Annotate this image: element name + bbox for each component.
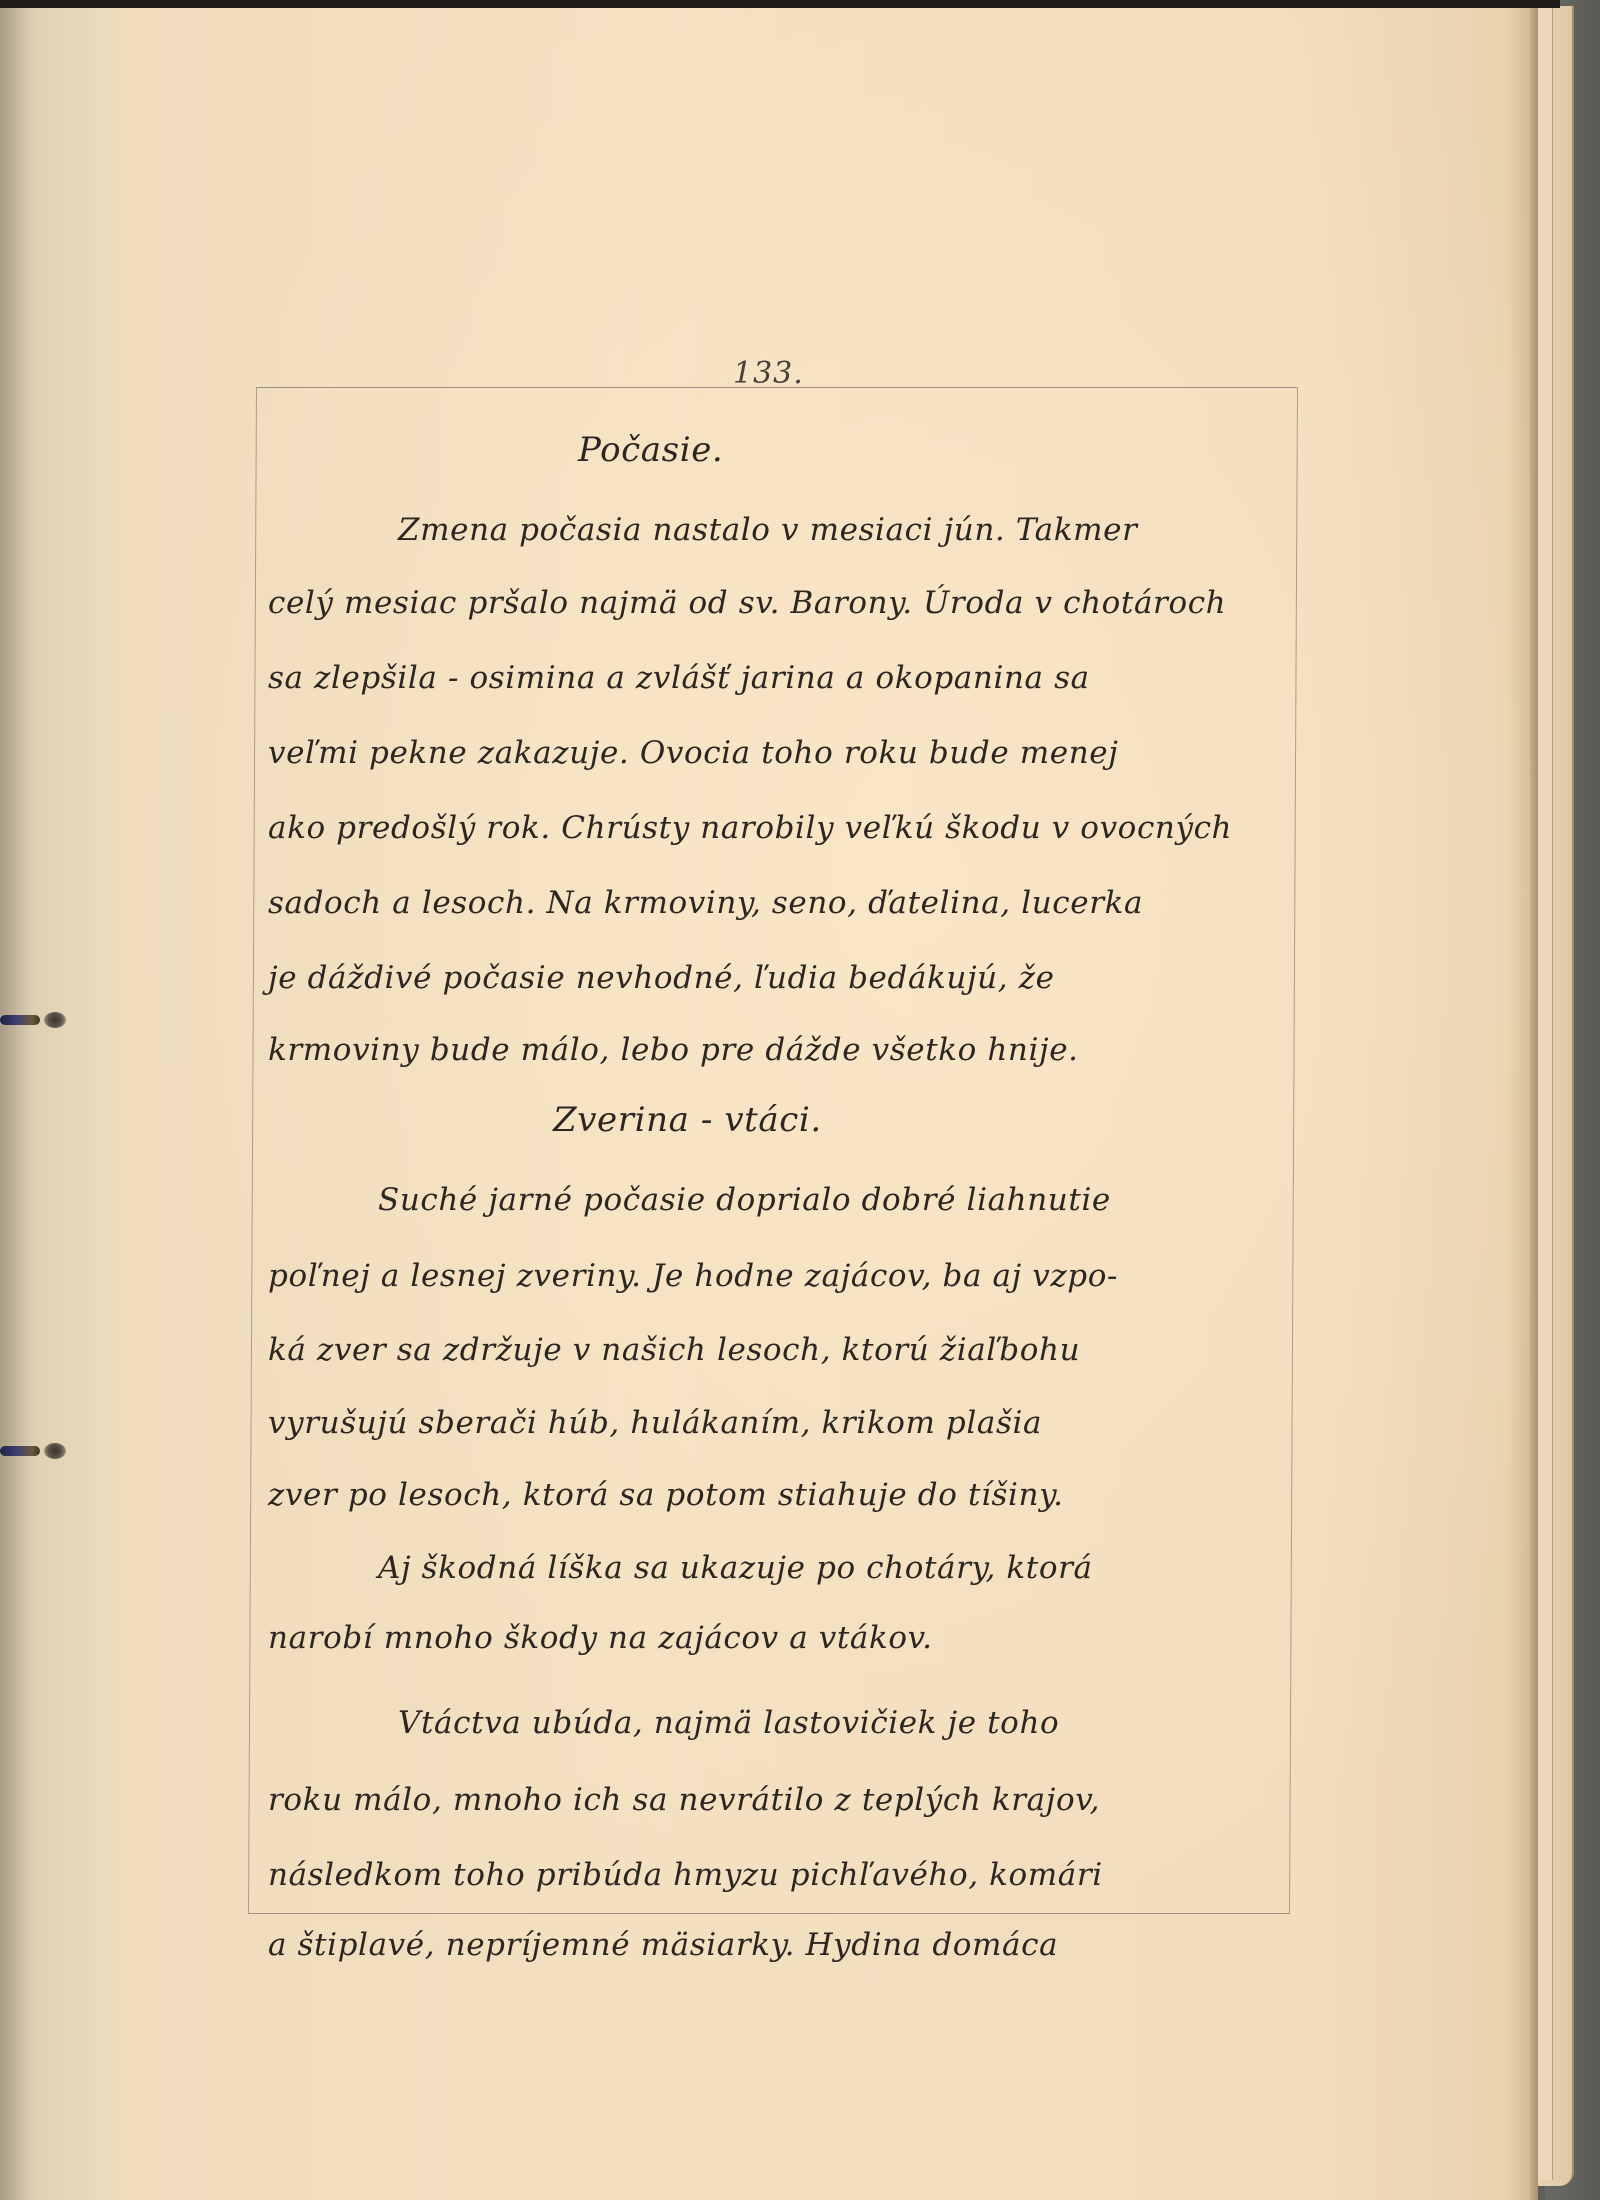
section-heading-pocasie: Počasie. bbox=[578, 430, 723, 470]
section-heading-zverina-vtaci: Zverina - vtáci. bbox=[553, 1100, 822, 1140]
text-line: je dáždivé počasie nevhodné, ľudia bedák… bbox=[268, 960, 1055, 996]
text-line: následkom toho pribúda hmyzu pichľavého,… bbox=[268, 1857, 1103, 1893]
punch-hole-icon bbox=[44, 1443, 66, 1459]
text-line: celý mesiac pršalo najmä od sv. Barony. … bbox=[268, 585, 1226, 621]
text-line: vyrušujú sberači húb, hulákaním, krikom … bbox=[268, 1405, 1042, 1441]
text-line: Vtáctva ubúda, najmä lastovičiek je toho bbox=[398, 1705, 1059, 1741]
text-line: narobí mnoho škody na zajácov a vtákov. bbox=[268, 1620, 933, 1656]
text-line: veľmi pekne zakazuje. Ovocia toho roku b… bbox=[268, 735, 1118, 771]
binding-staple-bottom bbox=[0, 1443, 70, 1459]
text-line: zver po lesoch, ktorá sa potom stiahuje … bbox=[268, 1477, 1064, 1513]
text-line: krmoviny bude málo, lebo pre dážde všetk… bbox=[268, 1032, 1079, 1068]
text-line: ako predošlý rok. Chrústy narobily veľkú… bbox=[268, 810, 1232, 846]
text-line: Aj škodná líška sa ukazuje po chotáry, k… bbox=[378, 1550, 1093, 1586]
binding-wire-icon bbox=[0, 1015, 40, 1025]
page-gutter-shadow bbox=[0, 8, 30, 2200]
page-right-edge bbox=[1530, 8, 1538, 2200]
binding-staple-top bbox=[0, 1012, 70, 1028]
punch-hole-icon bbox=[44, 1012, 66, 1028]
page-number: 133. bbox=[733, 356, 804, 391]
text-line: a štiplavé, nepríjemné mäsiarky. Hydina … bbox=[268, 1927, 1058, 1963]
text-line: ká zver sa zdržuje v našich lesoch, ktor… bbox=[268, 1332, 1080, 1368]
text-line: sa zlepšila - osimina a zvlášť jarina a … bbox=[268, 660, 1090, 696]
text-line: Zmena počasia nastalo v mesiaci jún. Tak… bbox=[398, 512, 1138, 548]
scan-top-edge bbox=[0, 0, 1560, 8]
binding-wire-icon bbox=[0, 1446, 40, 1456]
text-line: sadoch a lesoch. Na krmoviny, seno, ďate… bbox=[268, 885, 1143, 921]
text-line: roku málo, mnoho ich sa nevrátilo z tepl… bbox=[268, 1782, 1100, 1818]
text-line: Suché jarné počasie doprialo dobré liahn… bbox=[378, 1182, 1111, 1218]
text-line: poľnej a lesnej zveriny. Je hodne zajáco… bbox=[268, 1258, 1118, 1294]
